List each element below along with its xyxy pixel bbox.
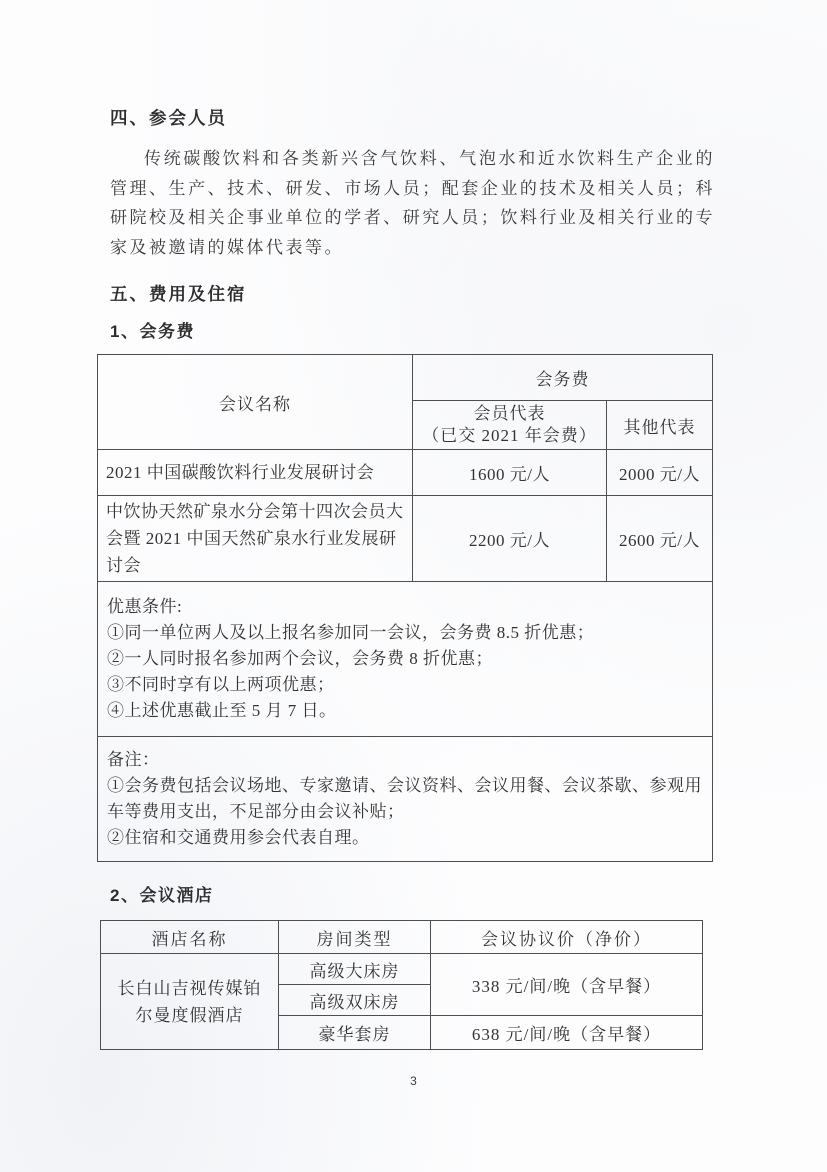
room-type: 高级双床房 — [279, 985, 431, 1016]
meeting-name: 2021 中国碳酸饮料行业发展研讨会 — [98, 450, 413, 496]
fee-table-row-carbonated: 2021 中国碳酸饮料行业发展研讨会 1600 元/人 2000 元/人 — [98, 450, 713, 496]
fee-table-discount-row: 优惠条件: ①同一单位两人及以上报名参加同一会议，会务费 8.5 折优惠； ②一… — [98, 582, 713, 737]
member-fee: 2200 元/人 — [413, 496, 607, 582]
fee-col-other-header: 其他代表 — [607, 401, 713, 450]
discount-conditions-cell: 优惠条件: ①同一单位两人及以上报名参加同一会议，会务费 8.5 折优惠； ②一… — [98, 582, 713, 737]
fee-col-meeting-header: 会议名称 — [98, 355, 413, 450]
discount-item-3: ③不同时享有以上两项优惠； — [107, 672, 703, 698]
fee-table-notes-row: 备注： ①会务费包括会议场地、专家邀请、会议资料、会议用餐、会议茶歇、参观用车等… — [98, 737, 713, 862]
section-4-paragraph: 传统碳酸饮料和各类新兴含气饮料、气泡水和近水饮料生产企业的管理、生产、技术、研发… — [110, 144, 715, 262]
page-number: 3 — [0, 1074, 827, 1088]
member-fee: 1600 元/人 — [413, 450, 607, 496]
member-header-line-1: 会员代表 — [421, 403, 598, 425]
hotel-table: 酒店名称 房间类型 会议协议价（净价） 长白山吉视传媒铂尔曼度假酒店 高级大床房… — [100, 920, 703, 1050]
room-type: 高级大床房 — [279, 954, 431, 985]
hotel-col-name-header: 酒店名称 — [101, 921, 279, 954]
other-fee: 2000 元/人 — [607, 450, 713, 496]
hotel-section-heading: 2、会议酒店 — [110, 884, 715, 908]
hotel-table-header-row: 酒店名称 房间类型 会议协议价（净价） — [101, 921, 703, 954]
room-price-suite: 638 元/间/晚（含早餐） — [431, 1016, 703, 1050]
document-page: 四、参会人员 传统碳酸饮料和各类新兴含气饮料、气泡水和近水饮料生产企业的管理、生… — [0, 0, 827, 1172]
discount-item-2: ②一人同时报名参加两个会议，会务费 8 折优惠； — [107, 646, 703, 672]
fee-table: 会议名称 会务费 会员代表 （已交 2021 年会费） 其他代表 2021 中国… — [97, 354, 713, 862]
other-fee: 2600 元/人 — [607, 496, 713, 582]
meeting-name: 中饮协天然矿泉水分会第十四次会员大会暨 2021 中国天然矿泉水行业发展研讨会 — [98, 496, 413, 582]
discount-item-4: ④上述优惠截止至 5 月 7 日。 — [107, 698, 703, 724]
hotel-row-deluxe-king: 长白山吉视传媒铂尔曼度假酒店 高级大床房 338 元/间/晚（含早餐） — [101, 954, 703, 985]
discount-item-1: ①同一单位两人及以上报名参加同一会议，会务费 8.5 折优惠； — [107, 620, 703, 646]
room-price-standard: 338 元/间/晚（含早餐） — [431, 954, 703, 1016]
section-4-heading: 四、参会人员 — [110, 106, 715, 130]
notes-item-2: ②住宿和交通费用参会代表自理。 — [107, 825, 703, 851]
hotel-name: 长白山吉视传媒铂尔曼度假酒店 — [101, 954, 279, 1050]
discount-title: 优惠条件: — [107, 594, 703, 620]
fee-section-heading: 1、会务费 — [110, 320, 715, 344]
member-header-line-2: （已交 2021 年会费） — [421, 425, 598, 447]
hotel-col-room-header: 房间类型 — [279, 921, 431, 954]
section-5-heading: 五、费用及住宿 — [110, 282, 715, 306]
notes-title: 备注： — [107, 747, 703, 773]
notes-cell: 备注： ①会务费包括会议场地、专家邀请、会议资料、会议用餐、会议茶歇、参观用车等… — [98, 737, 713, 862]
hotel-col-price-header: 会议协议价（净价） — [431, 921, 703, 954]
room-type: 豪华套房 — [279, 1016, 431, 1050]
fee-group-header: 会务费 — [413, 355, 713, 401]
fee-col-member-header: 会员代表 （已交 2021 年会费） — [413, 401, 607, 450]
document-content: 四、参会人员 传统碳酸饮料和各类新兴含气饮料、气泡水和近水饮料生产企业的管理、生… — [110, 106, 715, 1050]
fee-table-header-row-1: 会议名称 会务费 — [98, 355, 713, 401]
fee-table-row-mineral-water: 中饮协天然矿泉水分会第十四次会员大会暨 2021 中国天然矿泉水行业发展研讨会 … — [98, 496, 713, 582]
notes-item-1: ①会务费包括会议场地、专家邀请、会议资料、会议用餐、会议茶歇、参观用车等费用支出… — [107, 773, 703, 825]
